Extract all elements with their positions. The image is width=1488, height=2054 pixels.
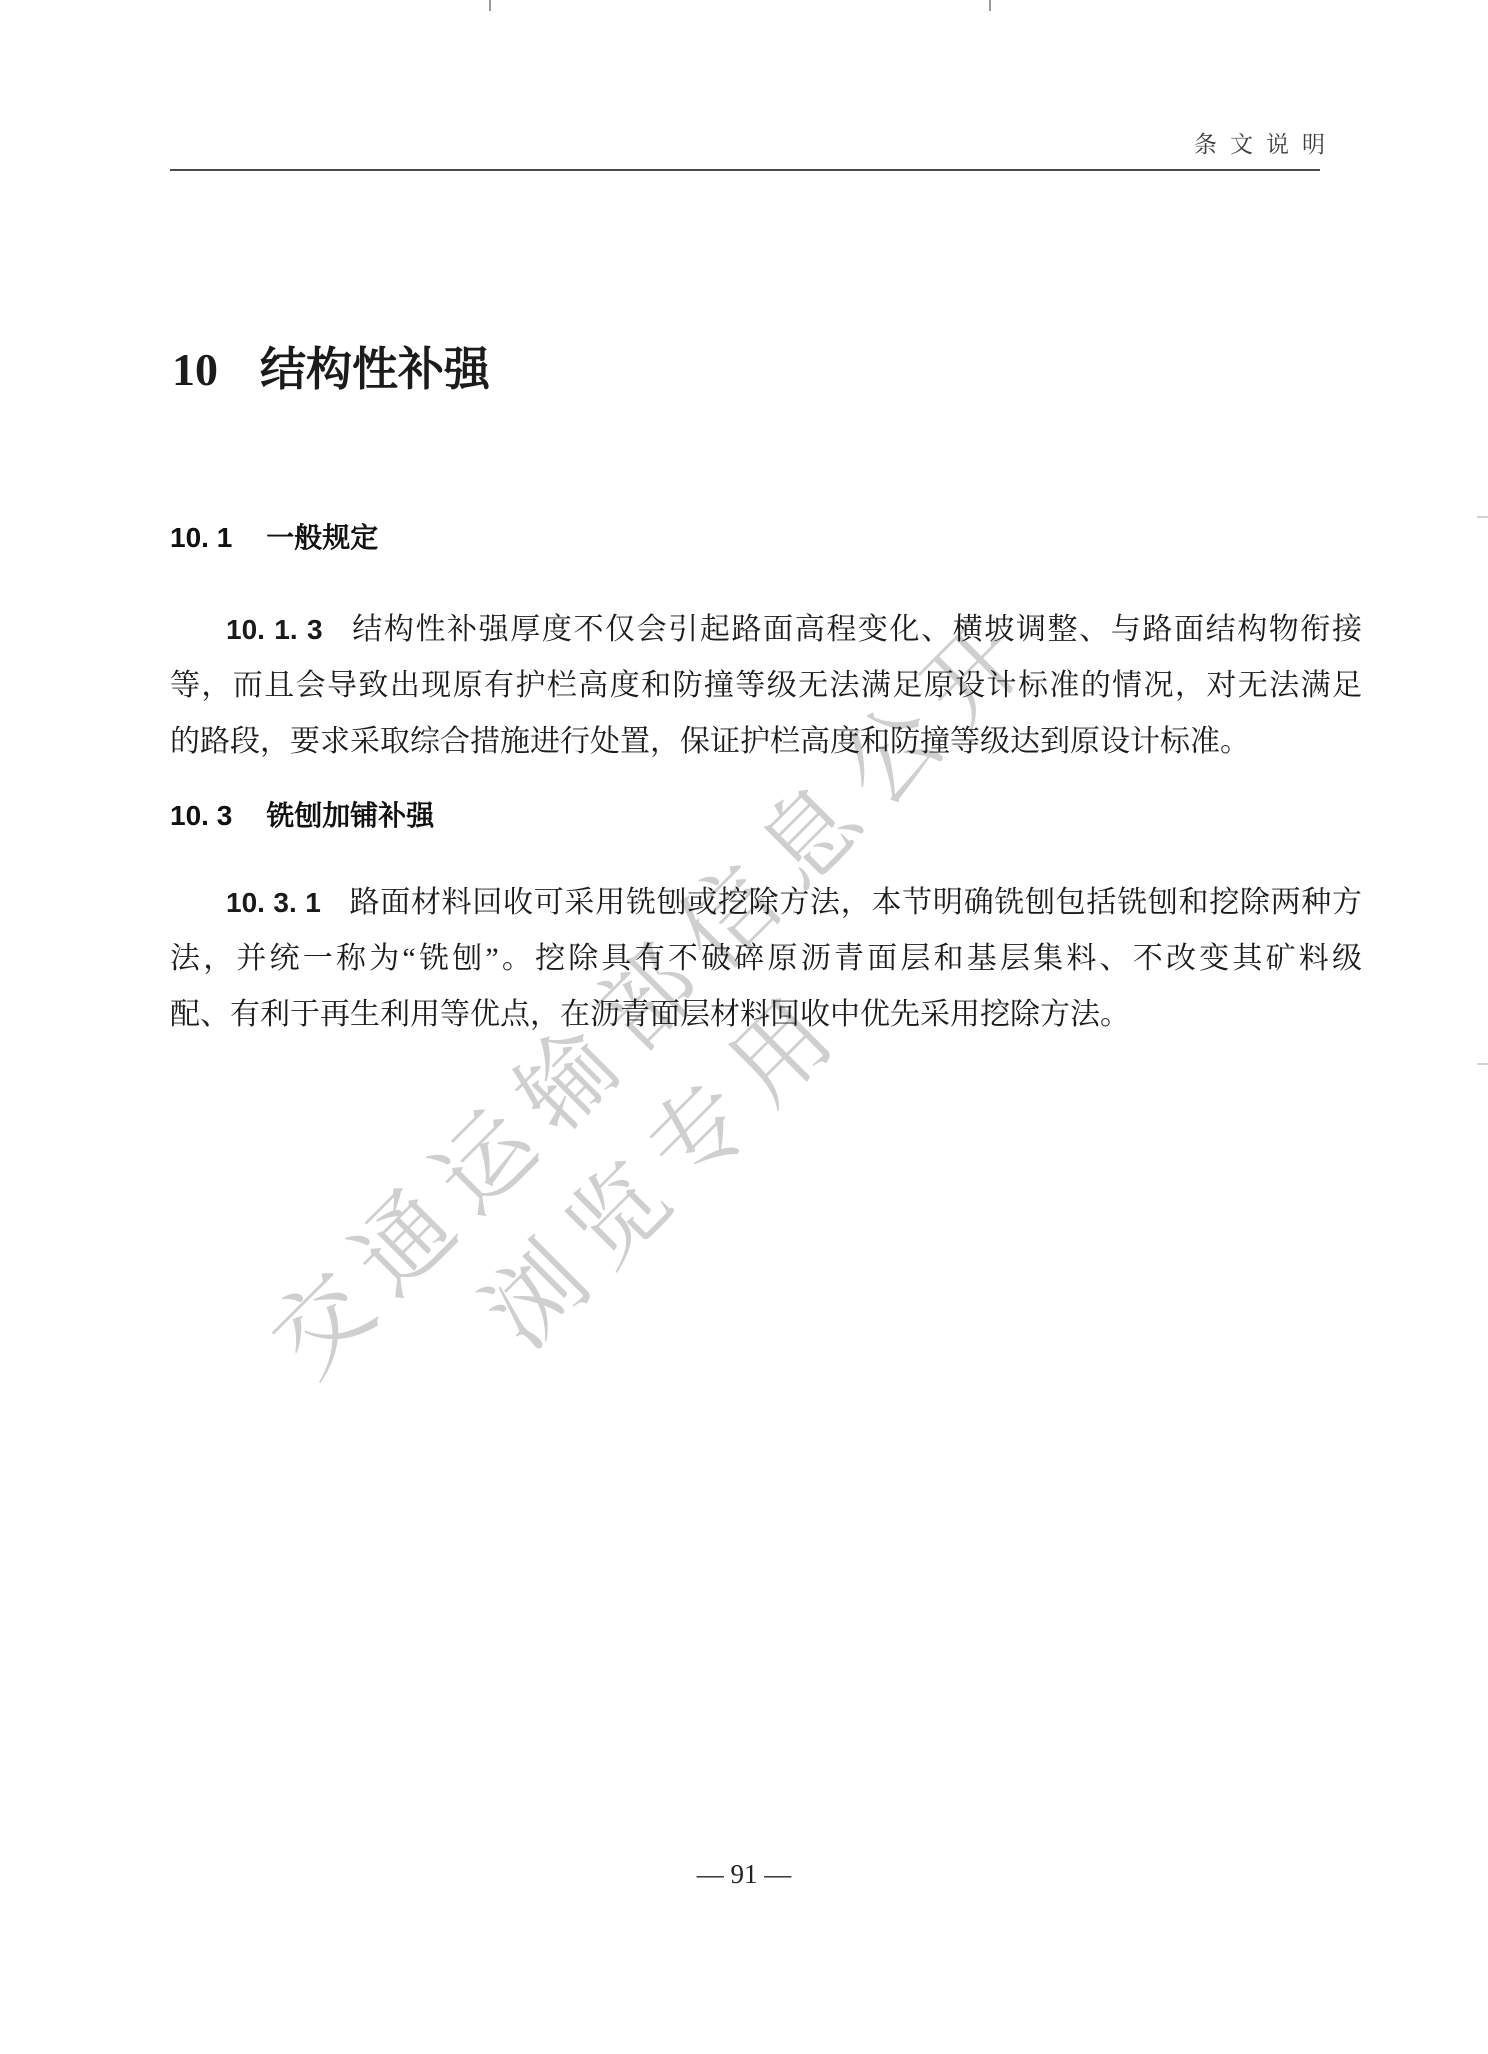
section-heading-10-3: 10. 3铣刨加铺补强: [170, 799, 434, 833]
clause-10-3-1: 10. 3. 1路面材料回收可采用铣刨或挖除方法，本节明确铣刨包括铣刨和挖除两种…: [170, 875, 1362, 1043]
paragraph-text: 结构性补强厚度不仅会引起路面高程变化、横坡调整、与路面结构物衔接: [351, 613, 1362, 646]
paragraph-line: 10. 3. 1路面材料回收可采用铣刨或挖除方法，本节明确铣刨包括铣刨和挖除两种…: [170, 875, 1362, 931]
page-number: — 91 —: [0, 1859, 1488, 1890]
paragraph-line: 等，而且会导致出现原有护栏高度和防撞等级无法满足原设计标准的情况，对无法满足: [170, 658, 1362, 714]
paragraph-line: 法，并统一称为“铣刨”。挖除具有不破碎原沥青面层和基层集料、不改变其矿料级: [170, 931, 1362, 987]
running-header: 条文说明: [1194, 126, 1338, 159]
paragraph-line: 的路段，要求采取综合措施进行处置，保证护栏高度和防撞等级达到原设计标准。: [170, 714, 1362, 770]
crop-mark-right-upper: [1477, 516, 1488, 518]
section-title: 一般规定: [266, 522, 378, 553]
section-number: 10. 3: [170, 800, 232, 831]
clause-number: 10. 1. 3: [226, 614, 323, 645]
chapter-number: 10: [172, 344, 218, 395]
crop-mark-right-lower: [1477, 1063, 1488, 1065]
paragraph-line: 配、有利于再生利用等优点，在沥青面层材料回收中优先采用挖除方法。: [170, 987, 1362, 1043]
clause-number: 10. 3. 1: [226, 887, 321, 918]
section-number: 10. 1: [170, 522, 232, 553]
paragraph-text: 路面材料回收可采用铣刨或挖除方法，本节明确铣刨包括铣刨和挖除两种方: [349, 886, 1362, 919]
chapter-heading: 10结构性补强: [172, 344, 490, 396]
paragraph-line: 10. 1. 3结构性补强厚度不仅会引起路面高程变化、横坡调整、与路面结构物衔接: [170, 602, 1362, 658]
section-heading-10-1: 10. 1一般规定: [170, 521, 378, 555]
crop-mark-top-left: [489, 0, 491, 11]
header-rule: [170, 169, 1320, 171]
document-page: 交通运输部信息公开 浏览专用 条文说明 10结构性补强 10. 1一般规定 10…: [0, 0, 1488, 2054]
clause-10-1-3: 10. 1. 3结构性补强厚度不仅会引起路面高程变化、横坡调整、与路面结构物衔接…: [170, 602, 1362, 770]
crop-mark-top-right: [989, 0, 991, 11]
section-title: 铣刨加铺补强: [266, 800, 434, 831]
chapter-title: 结构性补强: [260, 344, 490, 395]
